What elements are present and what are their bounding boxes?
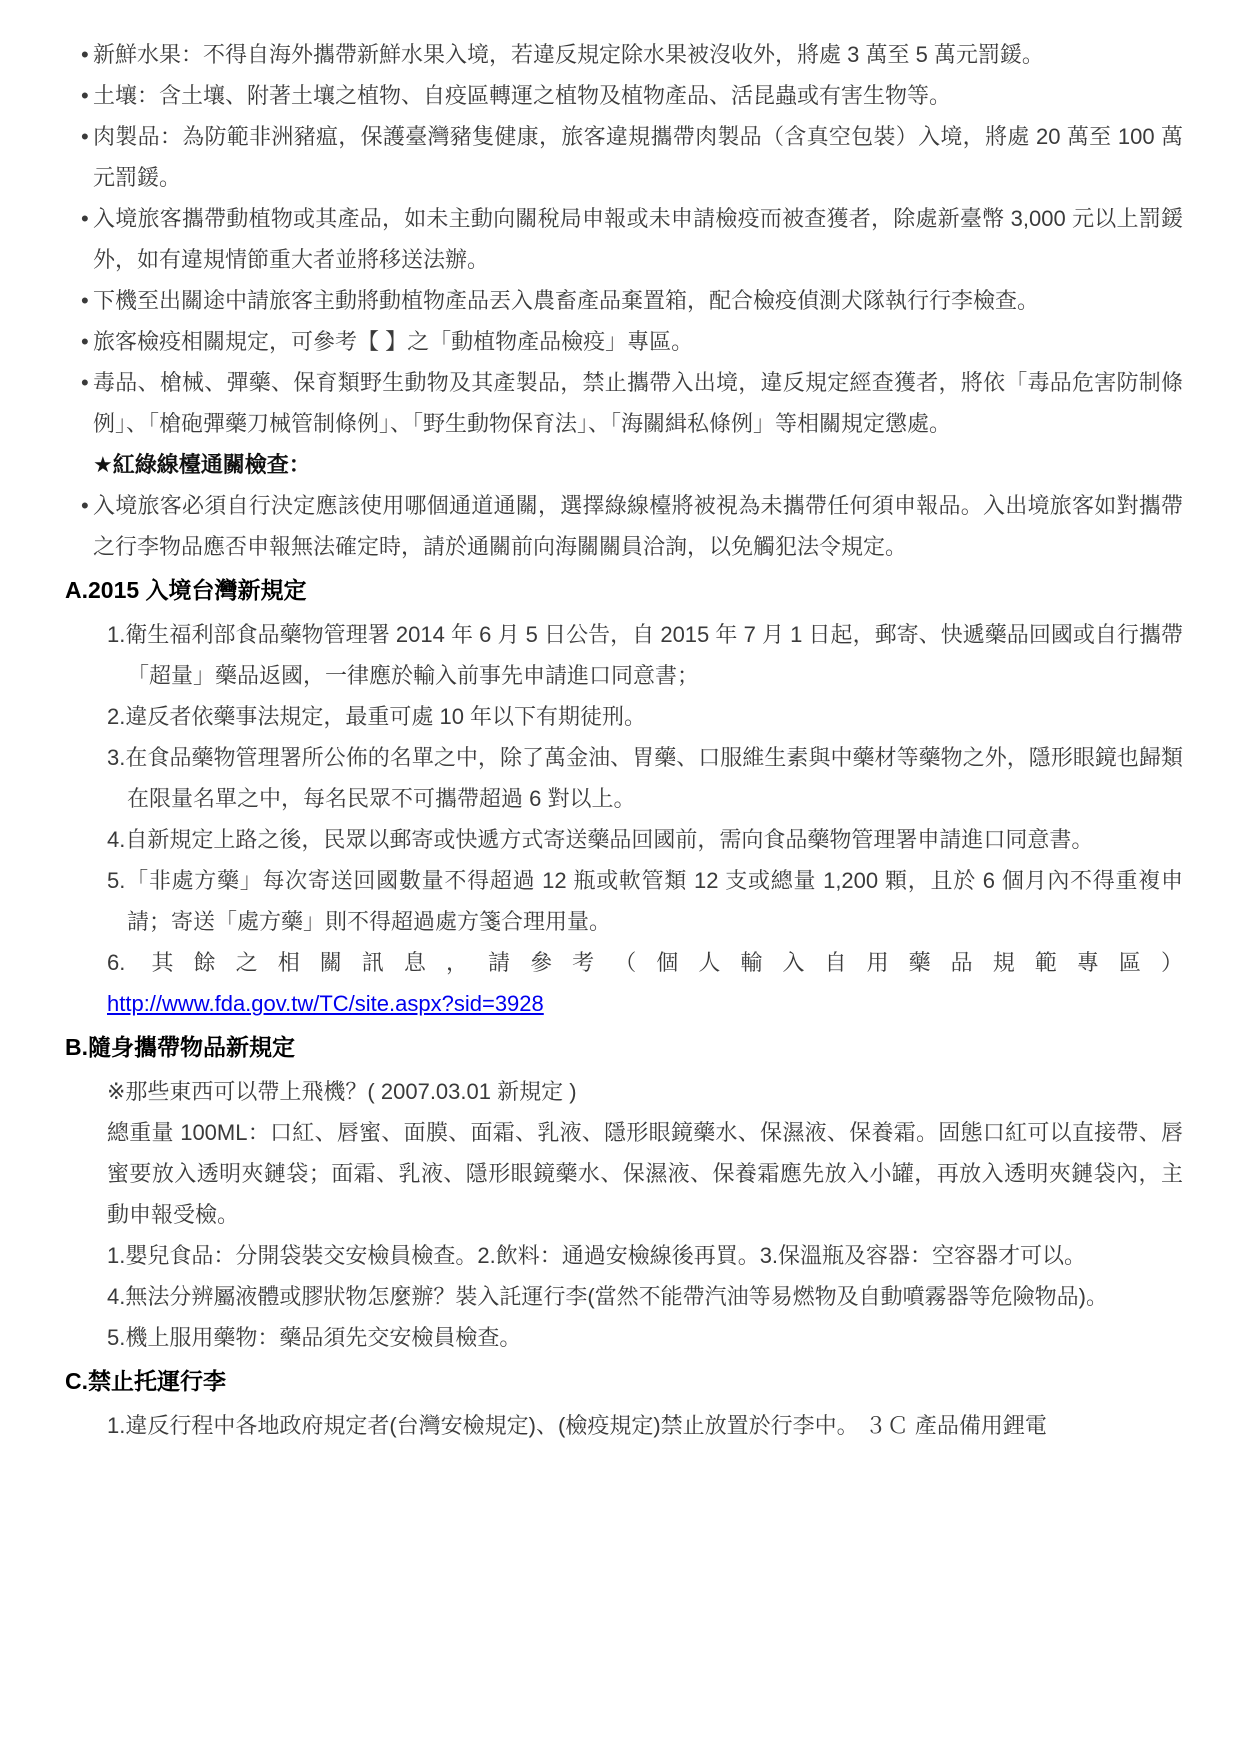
bullet-disposal-box: 下機至出關途中請旅客主動將動植物產品丟入農畜產品棄置箱，配合檢疫偵測犬隊執行行李… <box>65 280 1183 321</box>
section-b-item-1: 1.嬰兒食品：分開袋裝交安檢員檢查。2.飲料：通過安檢線後再買。3.保溫瓶及容器… <box>65 1235 1183 1276</box>
section-a-item-2: 2.違反者依藥事法規定，最重可處 10 年以下有期徒刑。 <box>65 696 1183 737</box>
bullet-quarantine-reference: 旅客檢疫相關規定，可參考【 】之「動植物產品檢疫」專區。 <box>65 321 1183 362</box>
fda-link[interactable]: http://www.fda.gov.tw/TC/site.aspx?sid=3… <box>107 991 544 1016</box>
section-a-item-5: 5.「非處方藥」每次寄送回國數量不得超過 12 瓶或軟管類 12 支或總量 1,… <box>65 860 1183 942</box>
bullet-meat-products: 肉製品：為防範非洲豬瘟，保護臺灣豬隻健康，旅客違規攜帶肉製品（含真空包裝）入境，… <box>65 116 1183 198</box>
heading-red-green-channel: ★紅綠線檯通關檢查： <box>65 444 1183 485</box>
section-a-item-3: 3.在食品藥物管理署所公佈的名單之中，除了萬金油、胃藥、口服維生素與中藥材等藥物… <box>65 737 1183 819</box>
bullet-prohibited-items: 毒品、槍械、彈藥、保育類野生動物及其產製品，禁止攜帶入出境，違反規定經查獲者，將… <box>65 362 1183 444</box>
section-b-item-5: 5.機上服用藥物：藥品須先交安檢員檢查。 <box>65 1317 1183 1358</box>
section-b-weight-paragraph: 總重量 100ML：口紅、唇蜜、面膜、面霜、乳液、隱形眼鏡藥水、保濕液、保養霜。… <box>65 1112 1183 1235</box>
section-a-item-1: 1.衛生福利部食品藥物管理署 2014 年 6 月 5 日公告，自 2015 年… <box>65 614 1183 696</box>
section-b-heading: B.隨身攜帶物品新規定 <box>65 1027 1183 1068</box>
section-c-heading: C.禁止托運行李 <box>65 1361 1183 1402</box>
section-a-item-4: 4.自新規定上路之後，民眾以郵寄或快遞方式寄送藥品回國前，需向食品藥物管理署申請… <box>65 819 1183 860</box>
section-c-item-1: 1.違反行程中各地政府規定者(台灣安檢規定)、(檢疫規定)禁止放置於行李中。 ３… <box>65 1405 1183 1446</box>
section-b-item-4: 4.無法分辨屬液體或膠狀物怎麼辦？裝入託運行李(當然不能帶汽油等易燃物及自動噴霧… <box>65 1276 1183 1317</box>
bullet-fresh-fruit: 新鮮水果：不得自海外攜帶新鮮水果入境，若違反規定除水果被沒收外，將處 3 萬至 … <box>65 34 1183 75</box>
section-a-heading: A.2015 入境台灣新規定 <box>65 570 1183 611</box>
bullet-plants-declaration: 入境旅客攜帶動植物或其產品，如未主動向關稅局申報或未申請檢疫而被查獲者，除處新臺… <box>65 198 1183 280</box>
bullet-soil: 土壤：含土壤、附著土壤之植物、自疫區轉運之植物及植物產品、活昆蟲或有害生物等。 <box>65 75 1183 116</box>
fda-link-line: http://www.fda.gov.tw/TC/site.aspx?sid=3… <box>65 983 1183 1024</box>
bullet-channel-choice: 入境旅客必須自行決定應該使用哪個通道通關，選擇綠線檯將被視為未攜帶任何須申報品。… <box>65 485 1183 567</box>
section-b-note: ※那些東西可以帶上飛機？( 2007.03.01 新規定 ) <box>65 1071 1183 1112</box>
document-page: 新鮮水果：不得自海外攜帶新鮮水果入境，若違反規定除水果被沒收外，將處 3 萬至 … <box>65 34 1183 1446</box>
section-a-item-6: 6. 其餘之相關訊息，請參考（個人輸入自用藥品規範專區） <box>65 942 1183 983</box>
